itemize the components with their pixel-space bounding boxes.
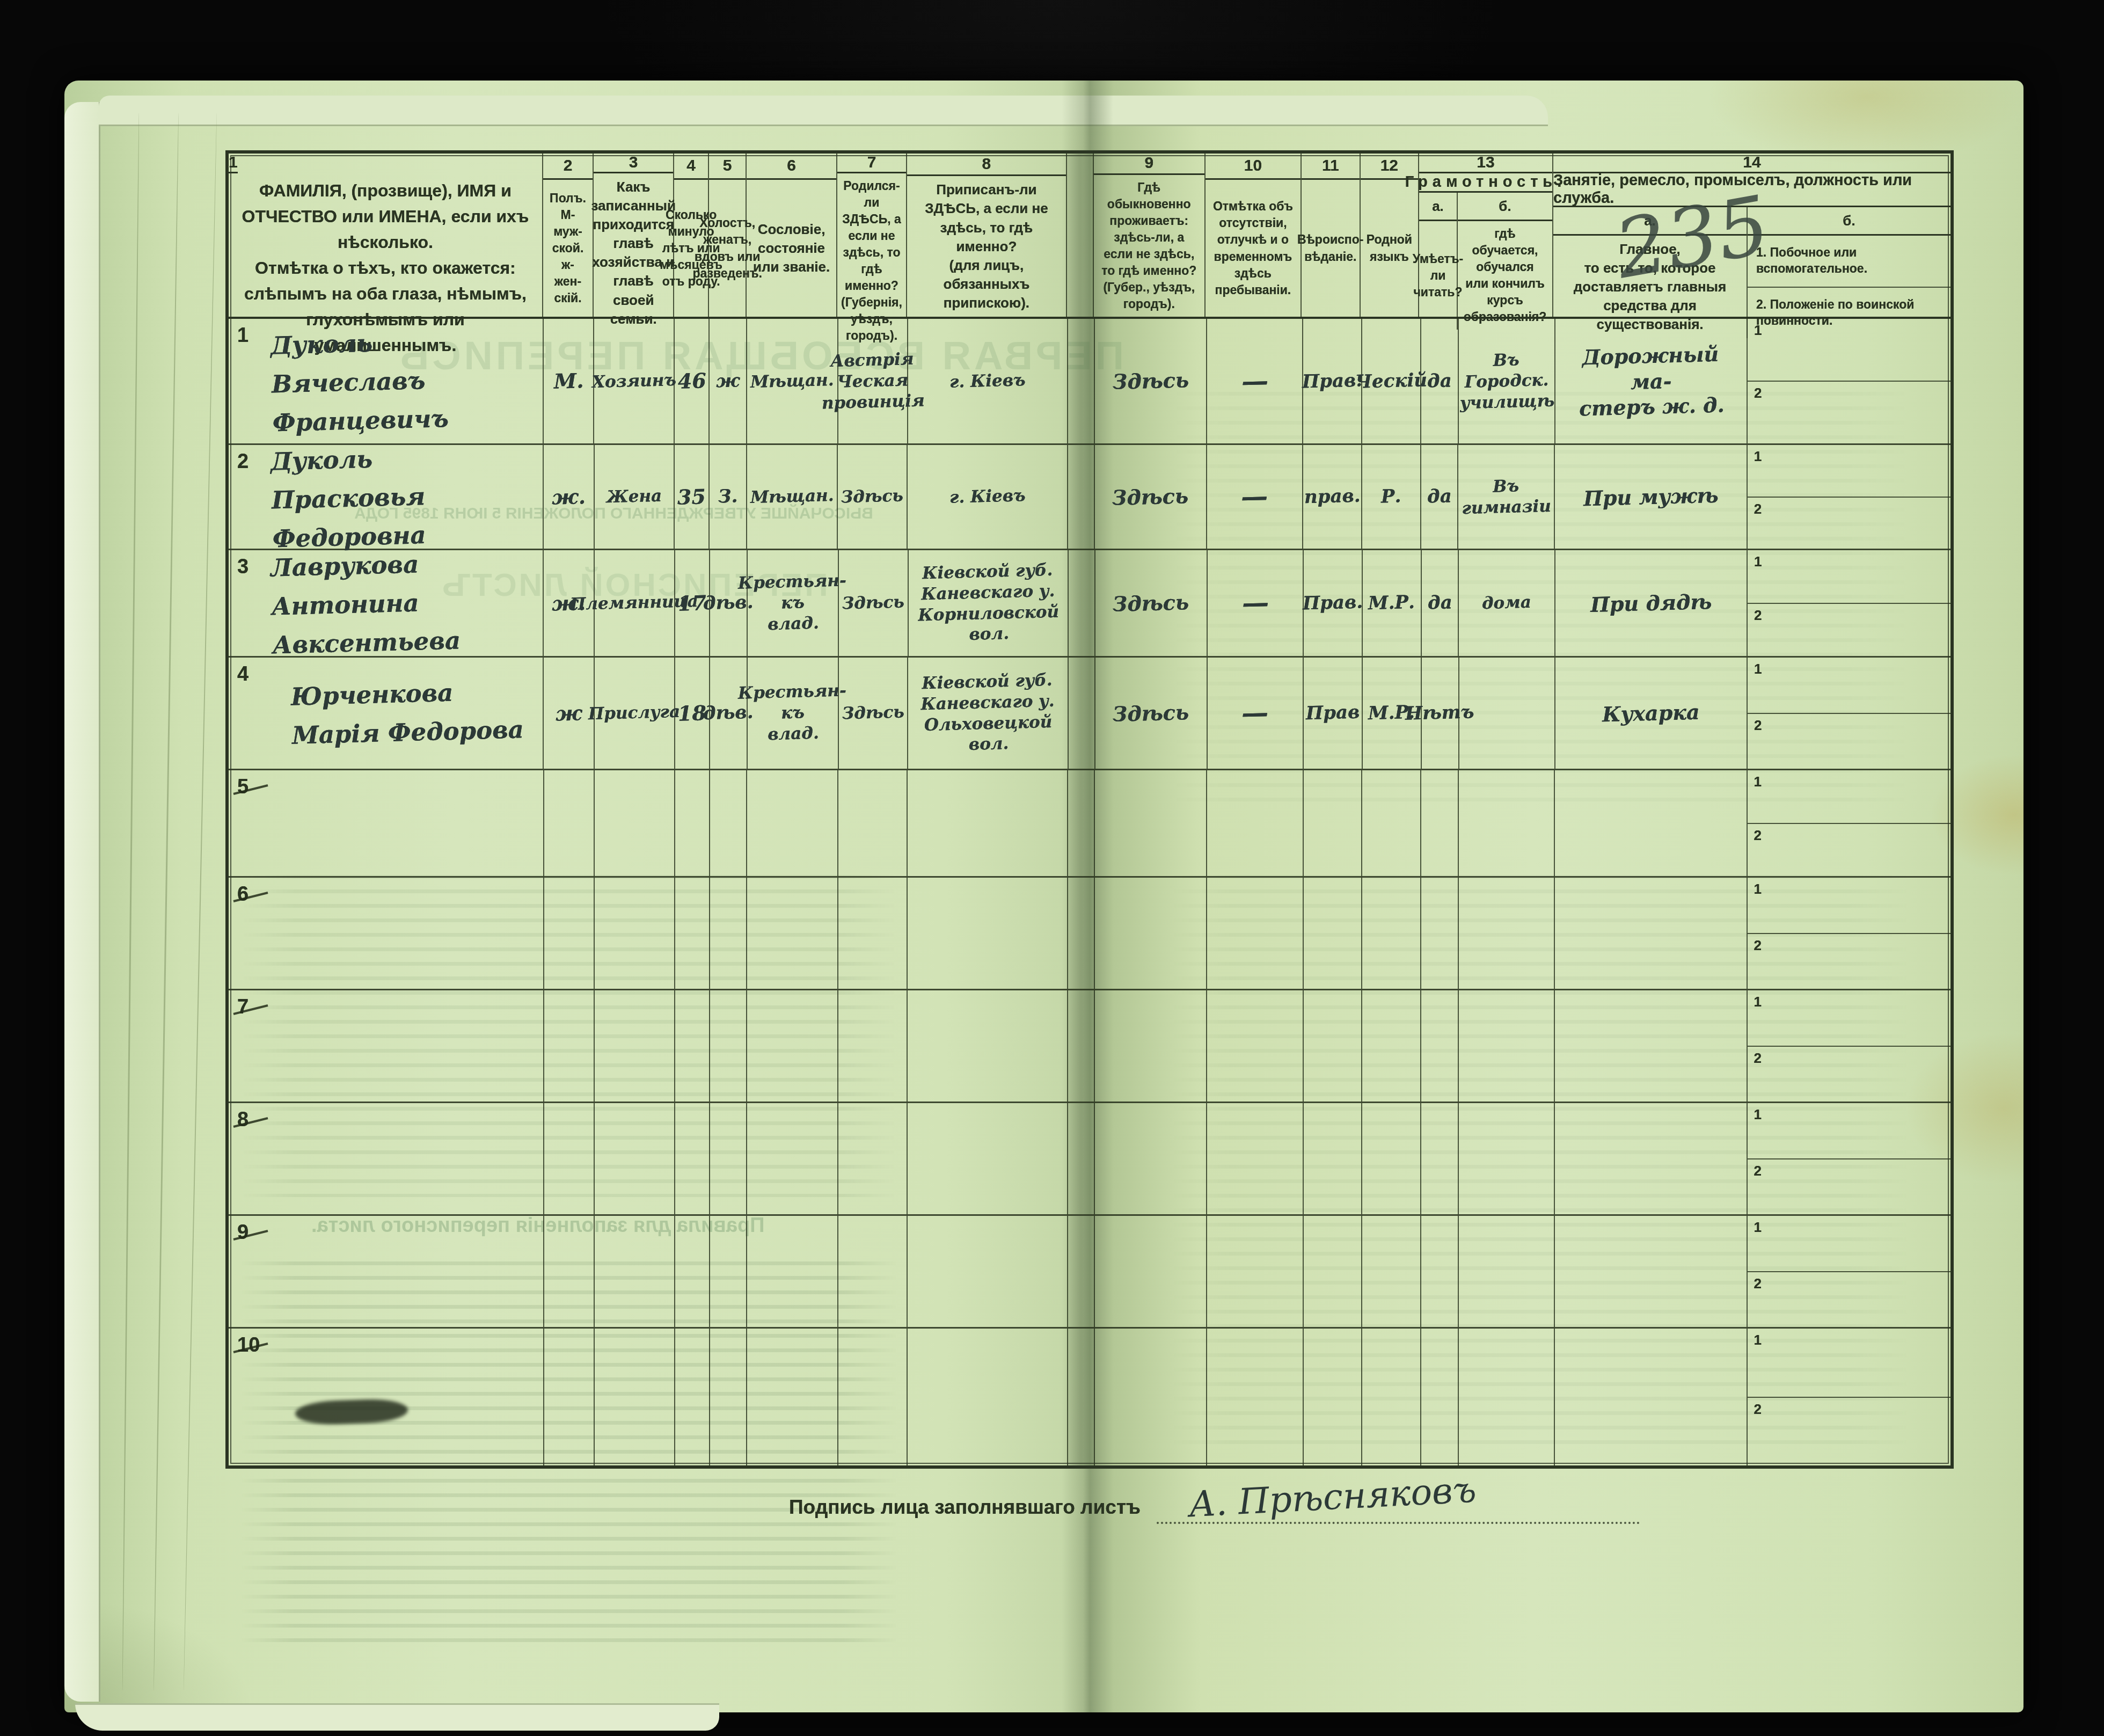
person-name: Дуколь Прасковья Федоровна [270,435,544,558]
cell-side-occupation: 1 2 [1748,319,1950,443]
cell-estate: Мѣщан. [747,445,838,549]
fold-gap [1067,154,1094,317]
col-number: 7 [837,154,906,173]
cell-can-read [1421,1329,1459,1465]
cell-registration [908,990,1068,1102]
cell-language [1362,1329,1421,1465]
cell-name: 1 Дуколь Вячеславъ Францевичъ [229,319,544,443]
cell-absence [1207,1216,1303,1327]
absence-value: — [1241,480,1269,514]
relation-value: Хозяинъ [592,370,677,393]
cell-side-occupation: 1 2 [1748,770,1950,876]
cell-can-read: да [1422,550,1459,656]
cell-absence: — [1208,550,1304,656]
military-subcell: 2 [1748,498,1950,549]
cell-education: дома [1459,550,1555,656]
row-number: 7 [229,990,272,1019]
fold-gap [1068,1329,1095,1465]
header-col-residence: 9 Гдѣ обыкновенно проживаетъ: здѣсь-ли, … [1094,154,1206,317]
cell-absence: — [1207,319,1303,443]
header-col-birthplace: 7 Родился-ли ЗДѢСЬ, а если не здѣсь, то … [837,154,907,317]
cell-language [1362,770,1421,876]
religion-value: прав. [1304,485,1361,509]
military-subcell: 2 [1748,604,1950,657]
col-number: 5 [709,154,746,180]
fold-gap [1068,878,1095,989]
cell-education: Въ гимназіи [1458,445,1555,549]
relation-value: Жена [607,486,662,508]
registration-value: г. Кіевъ [949,370,1026,392]
relation-value: Прислуга [588,702,681,725]
cell-occupation [1555,878,1748,989]
col-title: Отмѣтка объ отсутствіи, отлучкѣ и о врем… [1206,180,1301,317]
cell-occupation: При мужѣ [1555,445,1747,549]
cell-registration [908,878,1068,989]
cell-marital: З. [710,445,747,549]
cell-age [675,1329,710,1465]
col-number: 13 [1419,154,1552,173]
table-row: 4 Юрченкова Марія Федорова ж Прислуга 18… [229,658,1950,770]
cell-age: 46 [675,319,710,443]
header-subcol-can-read: а. Умѣетъ- ли читать? [1419,193,1457,330]
cell-birthplace: Австрія Ческая провинція [838,319,908,443]
birthplace-value: Здѣсь [842,702,904,725]
cell-marital [710,1216,748,1327]
cell-relation [595,1216,675,1327]
cell-sex [544,990,595,1102]
cell-religion [1304,1103,1363,1214]
page-crease [153,113,179,1691]
row-number: 4 [229,658,272,686]
cell-sex [544,770,595,876]
side-occupation-subcell: 1 [1748,445,1950,498]
cell-age [675,990,710,1102]
side-occupation-subcell: 1 [1748,658,1950,714]
subrow-label: 1 [1754,881,1762,898]
cell-absence: — [1207,445,1303,549]
absence-value: — [1241,364,1269,398]
cell-birthplace: Здѣсь [839,550,909,656]
cell-occupation: При дядѣ [1555,550,1748,656]
col-number: 11 [1302,154,1360,180]
header-col-estate: 6 Сословіе, состояніе или званіе. [747,154,837,317]
table-row: 2 Дуколь Прасковья Федоровна ж. Жена 35 … [229,445,1950,550]
col-title: Полъ. М-муж-ской. ж-жен-скій. [543,180,593,317]
cell-residence [1095,1216,1207,1327]
language-value: М.Р. [1368,591,1415,615]
fold-gap [1068,990,1095,1102]
header-col-literacy: 13 Грамотность. а. Умѣетъ- ли читать? б.… [1419,154,1553,317]
estate-value: Крестьян- къ влад. [737,681,848,746]
subrow-label: 2 [1754,607,1762,624]
cell-side-occupation: 1 2 [1748,550,1950,656]
cell-absence [1207,1103,1303,1214]
sex-value: М. [553,368,584,395]
side-occupation-subcell: 1 [1748,990,1950,1047]
cell-marital [710,770,748,876]
cell-marital [710,878,748,989]
signature-row: Подпись лица заполнявшаго листъ А. Прѣсн… [789,1476,1640,1524]
cell-residence [1095,1329,1207,1465]
registration-value: г. Кіевъ [949,485,1026,508]
subcol-label: б. [1458,193,1552,221]
col-title: Гдѣ обыкновенно проживаетъ: здѣсь-ли, а … [1094,175,1205,317]
row-number: 2 [229,445,272,473]
cell-age [675,878,710,989]
registration-value: Кіевской губ. Каневскаго у. Ольховецкой … [920,670,1056,756]
cell-registration: г. Кіевъ [908,445,1068,549]
age-value: 35 [677,484,706,510]
cell-religion [1304,990,1363,1102]
cell-marital [710,1103,748,1214]
military-subcell: 2 [1748,1398,1950,1466]
side-occupation-subcell: 1 [1748,770,1950,824]
row-number: 5 [229,770,272,799]
occupation-value: При дядѣ [1590,589,1712,617]
can-read-value: да [1427,592,1452,615]
cell-residence: Здѣсь [1095,319,1207,443]
cell-religion: Прав. [1304,550,1363,656]
table-row: 8 1 2 [229,1103,1950,1216]
cell-registration [908,770,1068,876]
age-value: 18 [677,700,706,726]
photo-of-census-book: ПЕРВАЯ ВСЕОБЩАЯ ПЕРЕПИСЬ ПЕРЕПИСНОЙ ЛИСТ… [0,0,2104,1736]
cell-marital [710,990,748,1102]
subrow-label: 1 [1754,322,1762,339]
header-col-registration: 8 Приписанъ-ли ЗДѢСЬ, а если не здѣсь, т… [907,154,1067,317]
cell-absence [1207,1329,1303,1465]
cell-language [1362,1216,1421,1327]
cell-relation: Прислуга [595,658,675,769]
cell-occupation [1555,990,1748,1102]
cell-side-occupation: 1 2 [1748,878,1950,989]
cell-name: 6 [229,878,544,989]
cell-registration: Кіевской губ. Каневскаго у. Корниловской… [909,550,1069,656]
cell-can-read: да [1421,445,1459,549]
cell-birthplace [838,1329,908,1465]
cell-occupation [1555,1103,1748,1214]
handwritten-page-number: 235 [1610,185,1775,290]
cell-occupation: Дорожный ма- стеръ ж. д. [1555,319,1748,443]
cell-religion: прав. [1303,445,1362,549]
subcol-label: а. [1419,193,1457,221]
side-occupation-subcell: 1 [1748,1103,1950,1159]
header-col-absence: 10 Отмѣтка объ отсутствіи, отлучкѣ и о в… [1206,154,1302,317]
table-row: 10 1 2 [229,1329,1950,1465]
book-page-stack-edge [64,102,100,1702]
residence-value: Здѣсь [1113,589,1189,617]
subrow-label: 1 [1754,1106,1762,1123]
col-title: Родной языкъ [1361,180,1418,317]
cell-estate [747,990,838,1102]
absence-value: — [1241,586,1269,621]
cell-side-occupation: 1 2 [1748,445,1950,549]
residence-value: Здѣсь [1112,367,1189,395]
cell-side-occupation: 1 2 [1748,1103,1950,1214]
cell-residence [1095,770,1207,876]
table-row: 1 Дуколь Вячеславъ Францевичъ М. Хозяинъ… [229,319,1950,445]
subrow-label: 1 [1754,661,1762,677]
military-subcell: 2 [1748,1272,1950,1327]
col-title: Вѣроиспо- вѣданіе. [1302,180,1360,317]
cell-language [1362,1103,1421,1214]
fold-gap [1068,1216,1095,1327]
table-row: 7 1 2 [229,990,1950,1103]
cell-side-occupation: 1 2 [1748,1216,1950,1327]
cell-residence [1095,878,1207,989]
cell-can-read [1421,878,1459,989]
cell-absence [1207,770,1303,876]
row-number: 10 [229,1329,272,1357]
cell-education [1459,1216,1555,1327]
cell-occupation [1555,770,1748,876]
cell-residence: Здѣсь [1095,550,1208,656]
table-row: 5 1 2 [229,770,1950,878]
subrow-label: 2 [1754,385,1762,402]
table-body: 1 Дуколь Вячеславъ Францевичъ М. Хозяинъ… [229,319,1950,1465]
cell-sex [544,1103,595,1214]
person-name: Лаврукова Антонина Авксентьева [270,542,544,665]
cell-relation: Жена [595,445,675,549]
cell-sex: ж [544,658,595,769]
cell-relation [595,1329,675,1465]
cell-relation [595,1103,675,1214]
cell-occupation: Кухарка [1555,658,1748,769]
page-crease [122,113,140,1691]
cell-relation: Хозяинъ [594,319,675,443]
cell-absence [1207,878,1303,989]
cell-birthplace: Здѣсь [838,445,908,549]
occupation-value: Кухарка [1602,699,1700,727]
header-col-religion: 11 Вѣроиспо- вѣданіе. [1302,154,1361,317]
subrow-label: 1 [1754,994,1762,1010]
birthplace-value: Здѣсь [842,592,904,615]
cell-religion: Прав [1304,658,1363,769]
row-number: 3 [229,550,272,579]
military-subcell: 2 [1748,1047,1950,1102]
cell-relation [595,990,675,1102]
age-value: 46 [677,368,706,395]
language-value: Ческій [1355,369,1428,393]
page-crease [183,113,217,1690]
subrow-label: 1 [1754,774,1762,790]
cell-estate: Крестьян- къ влад. [748,658,839,769]
row-number: 1 [229,319,272,347]
row-number: 8 [229,1103,272,1132]
signature-label: Подпись лица заполнявшаго листъ [789,1496,1141,1524]
cell-side-occupation: 1 2 [1748,658,1950,769]
cell-age [675,1216,710,1327]
cell-sex [544,1329,595,1465]
cell-religion [1304,770,1363,876]
row-number: 6 [229,878,272,906]
cell-can-read [1421,1103,1459,1214]
estate-value: Мѣщан. [750,485,834,508]
subrow-label: 2 [1754,717,1762,734]
cell-can-read: Нѣтъ [1422,658,1459,769]
age-value: 17 [677,590,706,616]
cell-can-read [1421,770,1459,876]
cell-education: Въ Городск. училищѣ [1459,319,1555,443]
education-value: Въ Городск. училищѣ [1458,349,1554,414]
cell-registration [908,1216,1068,1327]
cell-birthplace [838,1216,908,1327]
cell-birthplace [838,878,908,989]
cell-education [1459,990,1555,1102]
residence-value: Здѣсь [1112,483,1189,510]
table-row: 9 1 2 [229,1216,1950,1329]
subcol-title: Умѣетъ- ли читать? [1419,221,1457,330]
cell-can-read [1421,1216,1459,1327]
cell-age [675,770,710,876]
subcol-title: гдѣ обучается, обучался или кончилъ курс… [1458,221,1552,330]
cell-sex: М. [544,319,595,443]
subrow-label: 2 [1754,827,1762,844]
census-table: 1 ФАМИЛІЯ, (прозвище), ИМЯ и ОТЧЕСТВО ил… [225,150,1954,1469]
enumerator-signature: А. Прѣсняковъ [1156,1468,1477,1530]
cell-relation [595,878,675,989]
cell-birthplace [838,770,908,876]
subrow-label: 2 [1754,937,1762,954]
military-subcell: 2 [1748,934,1950,989]
cell-education [1459,1103,1555,1214]
subcol-label: б. [1748,207,1950,236]
marital-value: З. [718,485,737,508]
birthplace-value: Здѣсь [841,486,904,508]
cell-relation [595,770,675,876]
side-occupation-subcell: 1 [1748,550,1950,604]
side-occupation-subcell: 1 [1748,1216,1950,1272]
cell-residence [1095,1103,1207,1214]
cell-registration: г. Кіевъ [908,319,1069,443]
col-number: 3 [594,154,673,173]
residence-value: Здѣсь [1113,699,1189,727]
occupation-value: Дорожный ма- стеръ ж. д. [1558,340,1744,421]
cell-sex [544,1216,595,1327]
cell-religion [1304,878,1363,989]
cell-can-read: да [1421,319,1459,443]
occupation-value: При мужѣ [1583,482,1719,511]
cell-name: 7 [229,990,544,1102]
cell-can-read [1421,990,1459,1102]
subrow-label: 2 [1754,1050,1762,1067]
registration-value: Кіевской губ. Каневскаго у. Корниловской… [917,560,1060,647]
sex-value: ж. [552,484,586,510]
cell-name: 2 Дуколь Прасковья Федоровна [229,445,544,549]
header-subcol-education: б. гдѣ обучается, обучался или кончилъ к… [1457,193,1552,330]
cell-language: Ческій [1362,319,1421,443]
cell-name: 8 [229,1103,544,1214]
cell-relation: Племянница [595,550,675,656]
table-row: 3 Лаврукова Антонина Авксентьева ж. Плем… [229,550,1950,658]
cell-side-occupation: 1 2 [1748,990,1950,1102]
cell-estate [747,878,838,989]
cell-education [1459,658,1555,769]
cell-age [675,1103,710,1214]
cell-education [1459,770,1555,876]
sex-value: ж [555,700,582,726]
cell-name: 4 Юрченкова Марія Федорова [229,658,544,769]
under-page-top-edge [99,96,1548,126]
col-title: Холостъ, женатъ, вдовъ или разведенъ. [709,180,746,317]
fold-gap [1068,1103,1095,1214]
absence-value: — [1241,696,1269,731]
cell-marital: ж [710,319,747,443]
subrow-label: 1 [1754,553,1762,570]
cell-age: 35 [675,445,710,549]
cell-religion [1304,1329,1363,1465]
cell-occupation [1555,1216,1748,1327]
col-number: 14 [1553,154,1950,173]
cell-birthplace [838,1103,908,1214]
fold-gap [1068,445,1095,549]
side-occupation-subcell: 1 [1748,1329,1950,1398]
cell-estate [747,1216,838,1327]
military-subcell: 2 [1748,824,1950,877]
subrow-label: 2 [1754,501,1762,517]
military-subcell: 2 [1748,382,1950,443]
can-read-value: да [1427,485,1452,509]
table-row: 6 1 2 [229,878,1950,990]
cell-birthplace: Здѣсь [839,658,909,769]
fold-gap [1068,770,1095,876]
row-number: 9 [229,1216,272,1244]
religion-value: Прав. [1302,369,1363,393]
fold-gap [1069,658,1095,769]
religion-value: Прав [1305,701,1360,725]
cell-estate: Крестьян- къ влад. [748,550,839,656]
col-title: Приписанъ-ли ЗДѢСЬ, а если не здѣсь, то … [907,176,1066,317]
census-sheet-page: ПЕРВАЯ ВСЕОБЩАЯ ПЕРЕПИСЬ ПЕРЕПИСНОЙ ЛИСТ… [64,81,2023,1712]
side-occupation-subcell: 1 [1748,878,1950,934]
cell-education [1459,878,1555,989]
col-number: 8 [907,154,1066,176]
cell-marital [710,1329,748,1465]
col-number: 10 [1206,154,1301,180]
cell-side-occupation: 1 2 [1748,1329,1950,1465]
subrow-label: 2 [1754,1401,1762,1418]
cell-language: Р. [1362,445,1421,549]
cell-occupation [1555,1329,1748,1465]
cell-registration: Кіевской губ. Каневскаго у. Ольховецкой … [908,658,1069,769]
header-col-sex: 2 Полъ. М-муж-ской. ж-жен-скій. [543,154,594,317]
col-number: 4 [674,154,708,180]
cell-name: 3 Лаврукова Антонина Авксентьева [229,550,544,656]
subrow-label: 2 [1754,1163,1762,1179]
col-group-title: Грамотность. [1419,173,1552,193]
subrow-label: 1 [1754,1219,1762,1236]
religion-value: Прав. [1303,591,1363,615]
can-read-value: да [1427,369,1452,393]
cell-absence: — [1208,658,1304,769]
estate-value: Крестьян- къ влад. [737,571,848,636]
cell-education [1459,1329,1555,1465]
fold-gap [1068,319,1095,443]
col-title: Сословіе, состояніе или званіе. [747,180,836,317]
education-value: Въ гимназіи [1461,475,1551,519]
fold-gap [1069,550,1095,656]
subcol-item: 1. Побочное или вспомогательное. [1748,236,1950,288]
person-name: Дуколь Вячеславъ Францевичъ [270,319,544,442]
cell-birthplace [838,990,908,1102]
cell-residence: Здѣсь [1095,445,1207,549]
subrow-label: 1 [1754,448,1762,465]
cell-residence [1095,990,1207,1102]
col-number: 9 [1094,154,1205,175]
subrow-label: 1 [1754,1332,1762,1348]
signature-line: А. Прѣсняковъ [1157,1476,1640,1524]
marital-value: ж [716,369,741,393]
